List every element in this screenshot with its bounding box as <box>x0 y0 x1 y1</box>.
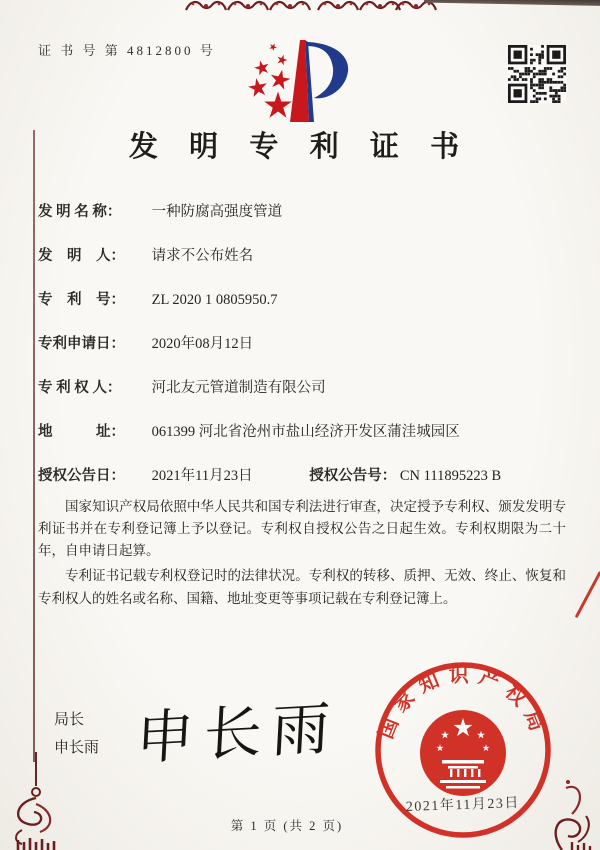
field-value: 河北友元管道制造有限公司 <box>152 380 326 396</box>
field-label: 发 明 名 称： <box>38 200 148 221</box>
logo-stars <box>247 42 292 118</box>
director-name: 申长雨 <box>54 734 99 762</box>
field-label: 发 明 人： <box>38 244 148 265</box>
seal-date: 2021年11月23日 <box>406 794 521 815</box>
legal-paragraph-1: 国家知识产权局依照中华人民共和国专利法进行审查，决定授予专利权、颁发发明专利证书… <box>38 496 566 562</box>
field-row-patent-number: 专 利 号： ZL 2020 1 0805950.7 <box>38 288 578 332</box>
certificate-fields: 发 明 名 称： 一种防腐高强度管道 发 明 人： 请求不公布姓名 专 利 号：… <box>38 200 578 508</box>
qr-code <box>508 45 566 103</box>
field-row-invention-name: 发 明 名 称： 一种防腐高强度管道 <box>38 200 578 244</box>
field-label: 地 址： <box>38 420 148 441</box>
legal-paragraph-2: 专利证书记载专利权登记时的法律状况。专利权的转移、质押、无效、终止、恢复和专利权… <box>38 565 566 609</box>
field-label: 专 利 号： <box>38 288 148 309</box>
certificate-page: 证 书 号 第 4812800 号 发 明 专 利 证 书 发 明 名 称： 一… <box>0 0 600 850</box>
corner-flourish-bottom-left <box>2 752 72 850</box>
field-label-grant-number: 授权公告号： <box>309 464 396 485</box>
field-value: 061399 河北省沧州市盐山经济开发区蒲洼城园区 <box>152 424 460 440</box>
field-row-address: 地 址： 061399 河北省沧州市盐山经济开发区蒲洼城园区 <box>38 420 578 464</box>
certificate-number: 证 书 号 第 4812800 号 <box>38 40 216 59</box>
left-border-line <box>33 130 35 762</box>
field-row-filing-date: 专利申请日： 2020年08月12日 <box>38 332 578 376</box>
field-row-inventor: 发 明 人： 请求不公布姓名 <box>38 244 578 288</box>
legal-text: 国家知识产权局依照中华人民共和国专利法进行审查，决定授予专利权、颁发发明专利证书… <box>38 496 566 613</box>
field-label: 授权公告日： <box>38 464 148 485</box>
ornament-top-border <box>185 0 437 13</box>
red-diagonal-mark <box>575 571 600 618</box>
field-value-grant-number: CN 111895223 B <box>400 468 501 484</box>
national-emblem <box>420 710 506 796</box>
field-value: 一种防腐高强度管道 <box>152 204 283 220</box>
photo-edge-shadow <box>424 0 600 6</box>
field-value: ZL 2020 1 0805950.7 <box>152 292 278 308</box>
field-value: 请求不公布姓名 <box>152 248 254 264</box>
field-label: 专利申请日： <box>38 332 148 353</box>
logo-p-mark <box>290 40 348 122</box>
director-signature: 申长雨 <box>134 680 342 775</box>
field-value: 2020年08月12日 <box>152 336 254 352</box>
field-row-patentee: 专 利 权 人： 河北友元管道制造有限公司 <box>38 376 578 420</box>
field-label: 专 利 权 人： <box>38 376 148 397</box>
page-footer: 第 1 页 (共 2 页) <box>0 816 574 834</box>
certificate-title: 发 明 专 利 证 书 <box>0 124 600 165</box>
director-block: 局长 申长雨 <box>54 706 99 762</box>
director-title: 局长 <box>54 706 99 734</box>
cnipa-logo <box>226 36 382 132</box>
field-value: 2021年11月23日 <box>152 464 274 485</box>
